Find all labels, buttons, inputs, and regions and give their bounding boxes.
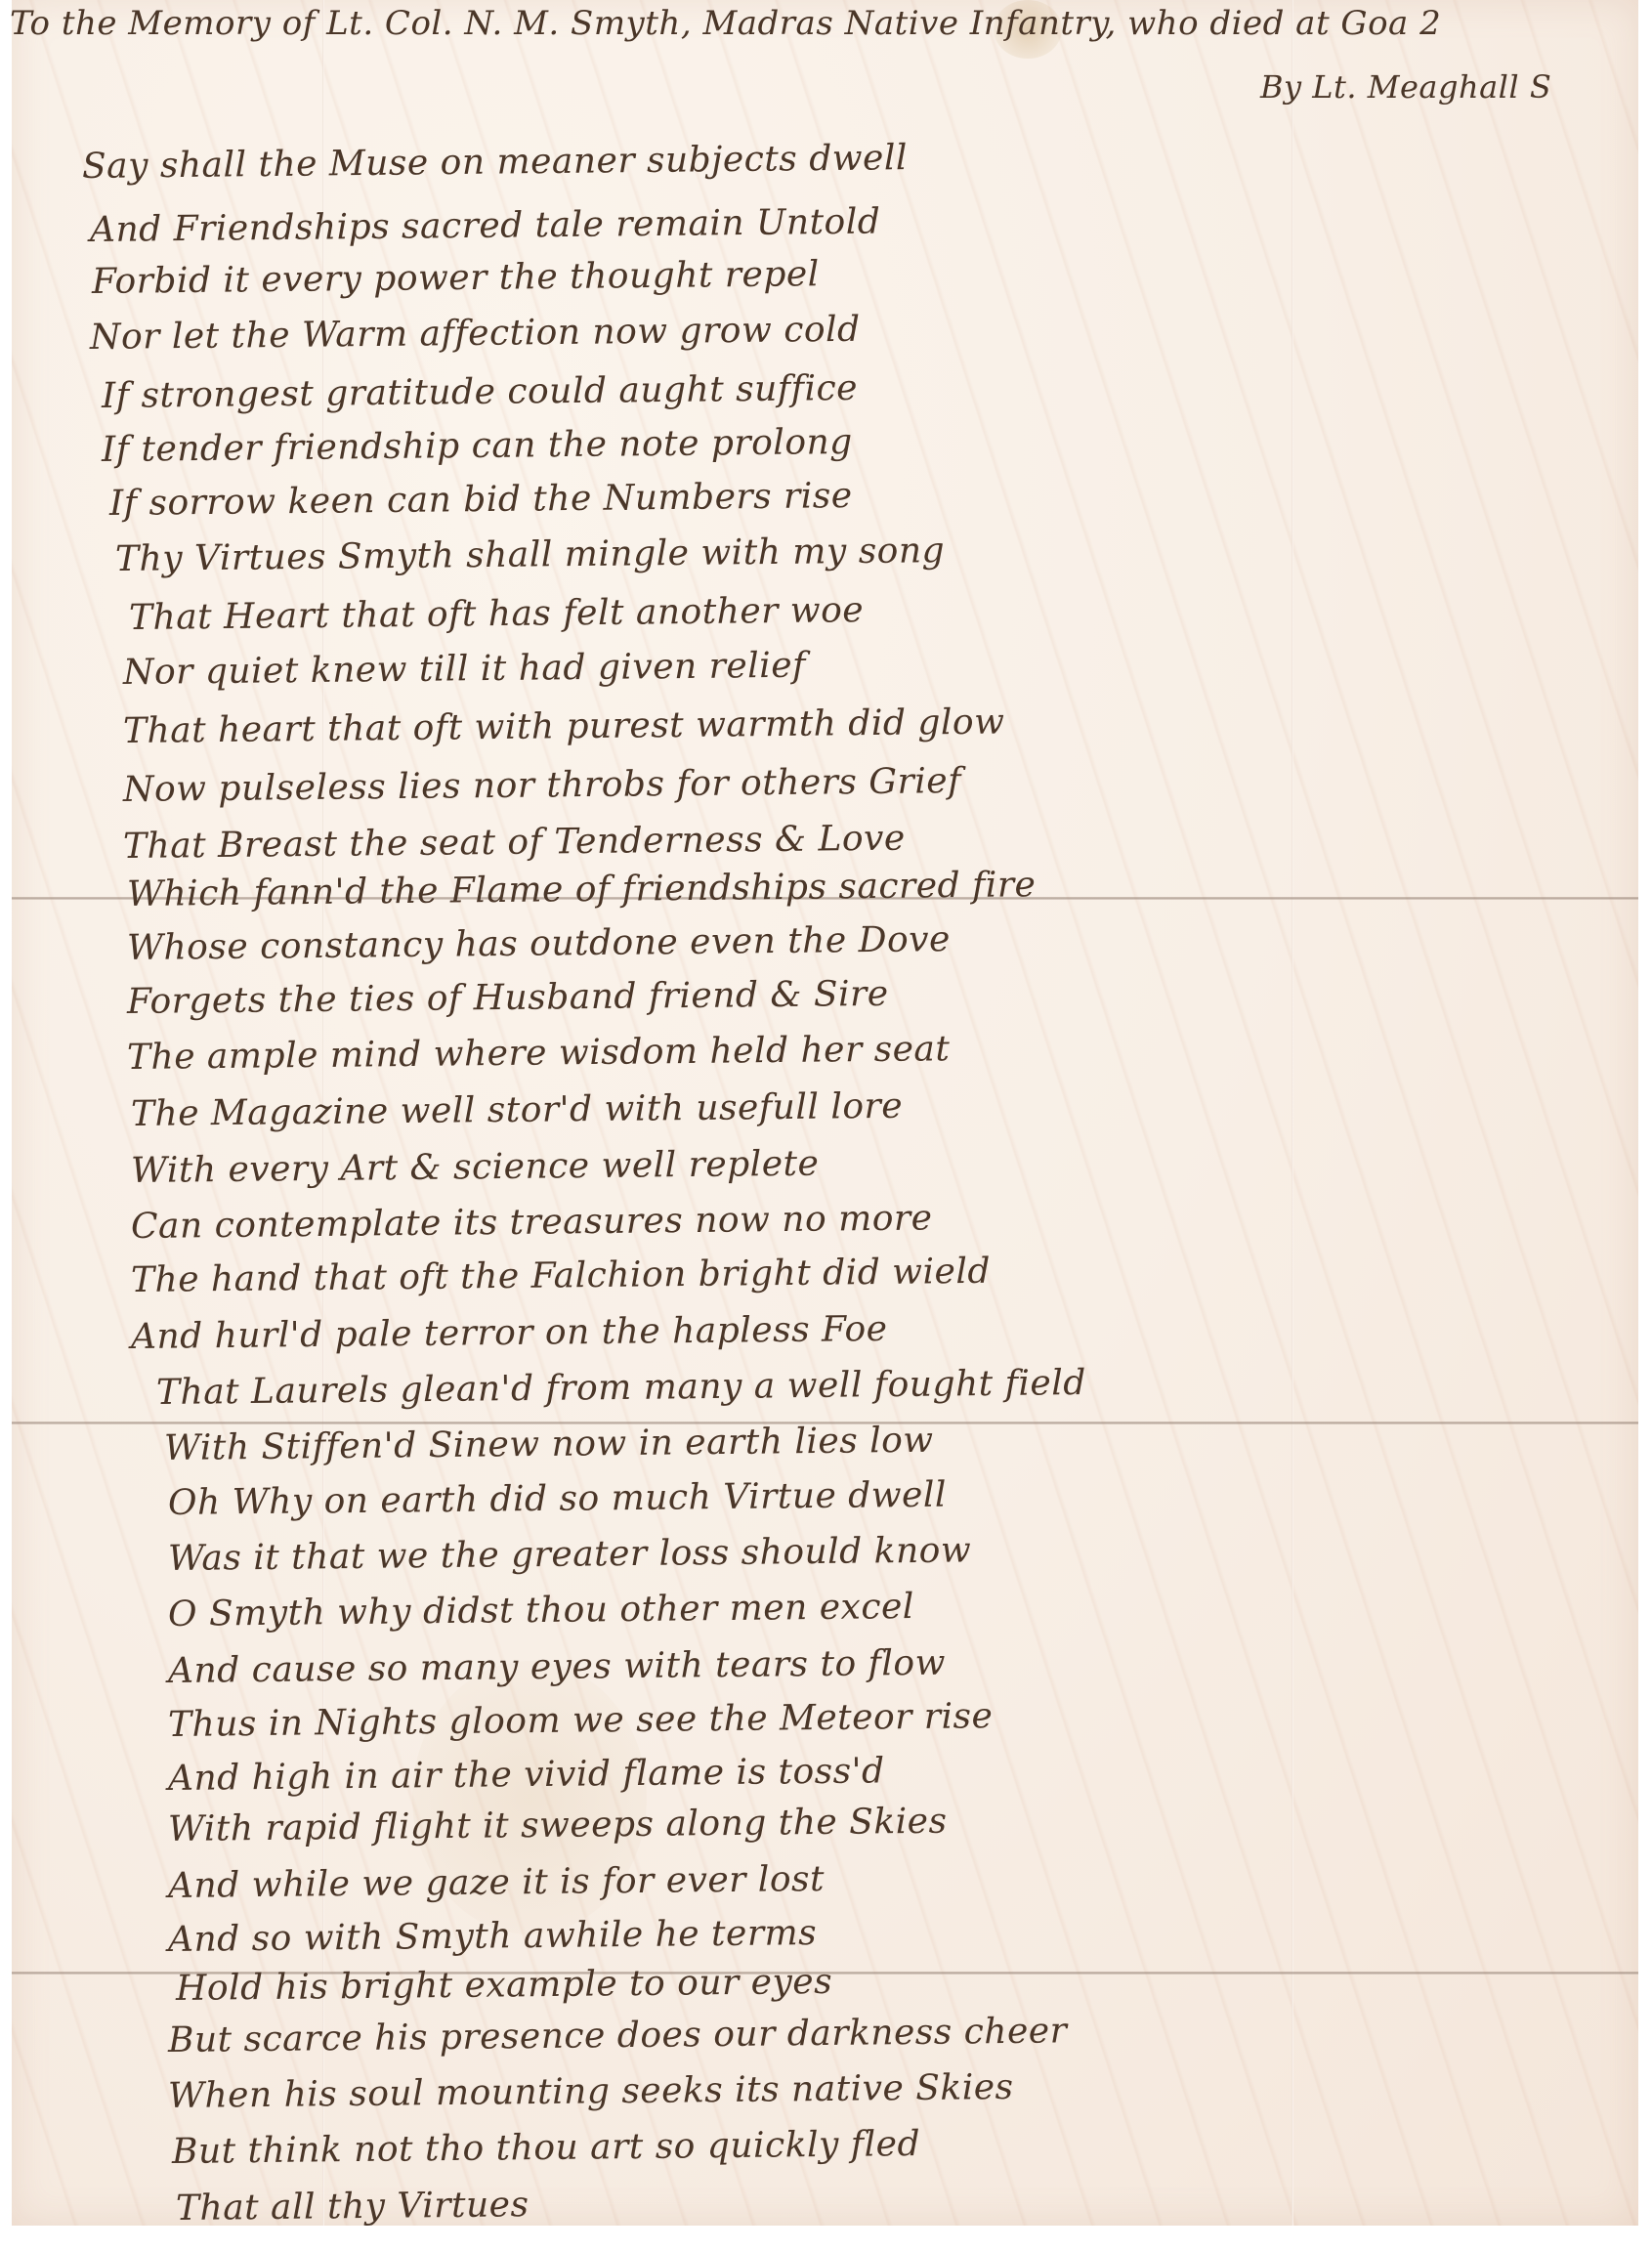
poem-line: But think not tho thou art so quickly fl… [172, 2124, 920, 2172]
poem-line: If tender friendship can the note prolon… [102, 422, 853, 470]
poem-line: Forgets the ties of Husband friend & Sir… [127, 974, 889, 1022]
poem-line: Thus in Nights gloom we see the Meteor r… [168, 1696, 994, 1745]
poem-line: Hold his bright example to our eyes [176, 1962, 833, 2009]
poem-line: Nor quiet knew till it had given relief [123, 646, 806, 693]
poem-line: With rapid flight it sweeps along the Sk… [168, 1802, 948, 1849]
poem-line: Now pulseless lies nor throbs for others… [123, 761, 961, 810]
poem-line: That heart that oft with purest warmth d… [123, 702, 1005, 751]
scan-margin [0, 2226, 1652, 2251]
poem-line: That Breast the seat of Tenderness & Lov… [123, 819, 906, 867]
poem-line: Say shall the Muse on meaner subjects dw… [82, 138, 908, 187]
poem-line: Whose constancy has outdone even the Dov… [127, 919, 951, 968]
poem-line: Can contemplate its treasures now no mor… [131, 1198, 933, 1247]
poem-line: If strongest gratitude could aught suffi… [102, 368, 858, 416]
poem-line: That all thy Virtues [176, 2185, 529, 2229]
poem-line: Which fann'd the Flame of friendships sa… [127, 865, 1037, 914]
poem-line: Forbid it every power the thought repel [92, 254, 820, 302]
poem-line: With every Art & science well replete [131, 1144, 820, 1191]
poem-line: The hand that oft the Falchion bright di… [131, 1252, 991, 1300]
poem-line: Nor let the Warm affection now grow cold [90, 310, 861, 358]
poem-line: Was it that we the greater loss should k… [168, 1530, 972, 1579]
poem-line: With Stiffen'd Sinew now in earth lies l… [164, 1421, 934, 1468]
poem-line: And Friendships sacred tale remain Untol… [90, 202, 881, 250]
poem-line: Thy Virtues Smyth shall mingle with my s… [115, 531, 946, 579]
poem-line: And hurl'd pale terror on the hapless Fo… [131, 1309, 888, 1357]
poem-line: And high in air the vivid flame is toss'… [168, 1751, 885, 1799]
poem-line: Oh Why on earth did so much Virtue dwell [168, 1475, 947, 1523]
poem-line: O Smyth why didst thou other men excel [168, 1587, 914, 1635]
poem-line: And so with Smyth awhile he terms [168, 1913, 818, 1960]
poem-line: But scarce his presence does our darknes… [168, 2011, 1068, 2060]
poem-line: The Magazine well stor'd with usefull lo… [131, 1086, 903, 1134]
poem-line: When his soul mounting seeks its native … [168, 2067, 1014, 2116]
poem-line: That Heart that oft has felt another woe [129, 590, 865, 638]
poem-line: And cause so many eyes with tears to flo… [168, 1643, 946, 1691]
poem-line: The ample mind where wisdom held her sea… [127, 1029, 951, 1078]
poem-line: And while we gaze it is for ever lost [168, 1859, 825, 1906]
poem-body: Say shall the Muse on meaner subjects dw… [0, 0, 1652, 2251]
poem-line: That Laurels glean'd from many a well fo… [156, 1363, 1086, 1413]
poem-line: If sorrow keen can bid the Numbers rise [109, 476, 853, 524]
